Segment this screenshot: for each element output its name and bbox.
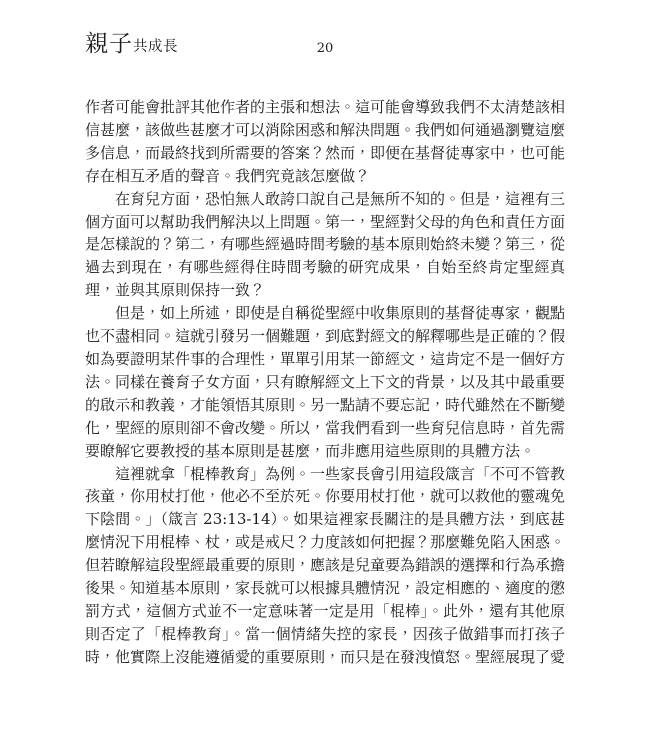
body-paragraph: 這裡就拿「棍棒教育」為例。一些家長會引用這段箴言「不可不管教孩童，你用杖打他，他… <box>85 463 565 669</box>
body-paragraph: 作者可能會批評其他作者的主張和想法。這可能會導致我們不太清楚該相信甚麼，該做些甚… <box>85 96 565 188</box>
body-paragraph: 在育兒方面，恐怕無人敢誇口說自己是無所不知的。但是，這裡有三個方面可以幫助我們解… <box>85 188 565 303</box>
book-page: 親子共成長 20 作者可能會批評其他作者的主張和想法。這可能會導致我們不太清楚該… <box>0 0 650 750</box>
page-header: 親子共成長 20 <box>85 26 565 60</box>
page-body: 作者可能會批評其他作者的主張和想法。這可能會導致我們不太清楚該相信甚麼，該做些甚… <box>85 96 565 669</box>
page-number: 20 <box>85 41 565 56</box>
body-paragraph: 但是，如上所述，即使是自稱從聖經中收集原則的基督徒專家，觀點也不盡相同。這就引發… <box>85 302 565 462</box>
